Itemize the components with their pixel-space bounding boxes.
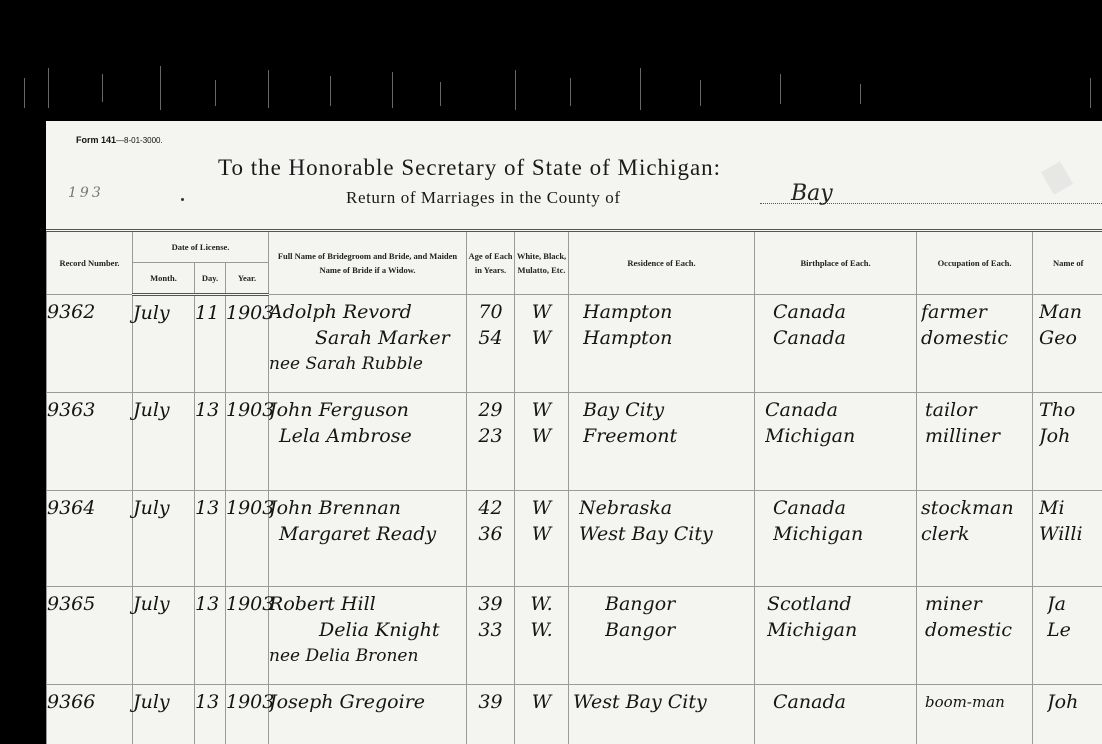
header-parents-name: Name of <box>1033 231 1102 295</box>
bride-name: Margaret Ready <box>269 521 466 547</box>
bride-parent: Le <box>1047 617 1102 643</box>
birthplace-cell: Canada Canada <box>755 295 917 393</box>
license-year: 1903 <box>226 295 269 393</box>
groom-parent: Joh <box>1047 689 1102 715</box>
bride-name: Delia Knight <box>269 617 466 643</box>
groom-race: W <box>515 495 568 521</box>
record-number: 9364 <box>47 491 133 587</box>
groom-race: W. <box>515 591 568 617</box>
bride-name: Lela Ambrose <box>269 423 466 449</box>
bride-race: W <box>515 325 568 351</box>
header-full-name: Full Name of Bridegroom and Bride, and M… <box>269 231 467 295</box>
header-age: Age of Each in Years. <box>467 231 515 295</box>
groom-age: 29 <box>467 397 514 423</box>
residence-cell: Bangor Bangor <box>569 587 755 685</box>
race-cell: W <box>515 685 569 744</box>
bride-residence: Hampton <box>583 325 754 351</box>
bride-race: W. <box>515 617 568 643</box>
license-month: July <box>133 393 195 491</box>
groom-parent: Mi <box>1039 495 1102 521</box>
groom-race: W <box>515 689 568 715</box>
occupation-cell: miner domestic <box>917 587 1033 685</box>
ages-cell: 29 23 <box>467 393 515 491</box>
names-cell: Joseph Gregoire <box>269 685 467 744</box>
birthplace-cell: Canada Michigan <box>755 393 917 491</box>
parents-cell: Man Geo <box>1033 295 1102 393</box>
marriage-return-form: Form 141—8-01-3000. 193 To the Honorable… <box>46 121 1102 744</box>
parents-cell: Mi Willi <box>1033 491 1102 587</box>
bride-residence: West Bay City <box>579 521 754 547</box>
groom-parent: Man <box>1039 299 1102 325</box>
groom-occupation: tailor <box>925 397 1032 423</box>
birthplace-cell: Canada Michigan <box>755 491 917 587</box>
groom-birthplace: Canada <box>773 689 916 715</box>
occupation-cell: boom-man <box>917 685 1033 744</box>
license-year: 1903 <box>226 685 269 744</box>
form-identifier: Form 141—8-01-3000. <box>76 135 163 145</box>
bride-parent: Joh <box>1039 423 1102 449</box>
race-cell: W W <box>515 393 569 491</box>
header-date-of-license: Date of License. <box>133 231 269 263</box>
groom-birthplace: Canada <box>765 397 916 423</box>
residence-cell: Bay City Freemont <box>569 393 755 491</box>
names-cell: Robert Hill Delia Knight nee Delia Brone… <box>269 587 467 685</box>
groom-race: W <box>515 299 568 325</box>
header-occupation: Occupation of Each. <box>917 231 1033 295</box>
bride-race: W <box>515 423 568 449</box>
bride-residence: Bangor <box>605 617 754 643</box>
groom-age: 42 <box>467 495 514 521</box>
header-residence: Residence of Each. <box>569 231 755 295</box>
bride-name: Sarah Marker <box>269 325 466 351</box>
residence-cell: Hampton Hampton <box>569 295 755 393</box>
record-number: 9366 <box>47 685 133 744</box>
bride-occupation: milliner <box>925 423 1032 449</box>
groom-residence: Bangor <box>605 591 754 617</box>
groom-parent: Ja <box>1047 591 1102 617</box>
license-year: 1903 <box>226 491 269 587</box>
record-number: 9363 <box>47 393 133 491</box>
header-birthplace: Birthplace of Each. <box>755 231 917 295</box>
page-number: 193 <box>68 185 104 201</box>
table-row: 9363 July 13 1903 John Ferguson Lela Amb… <box>47 393 1102 491</box>
race-cell: W. W. <box>515 587 569 685</box>
bride-parent: Willi <box>1039 521 1102 547</box>
bride-birthplace: Michigan <box>773 521 916 547</box>
race-cell: W W <box>515 491 569 587</box>
groom-age: 70 <box>467 299 514 325</box>
header-day: Day. <box>195 263 226 295</box>
bride-maiden-name: nee Sarah Rubble <box>269 351 466 377</box>
groom-parent: Tho <box>1039 397 1102 423</box>
groom-occupation: miner <box>925 591 1032 617</box>
ages-cell: 39 <box>467 685 515 744</box>
groom-name: Joseph Gregoire <box>269 689 466 715</box>
table-row: 9365 July 13 1903 Robert Hill Delia Knig… <box>47 587 1102 685</box>
occupation-cell: tailor milliner <box>917 393 1033 491</box>
bride-birthplace: Michigan <box>765 423 916 449</box>
bride-age: 23 <box>467 423 514 449</box>
groom-name: John Brennan <box>269 495 466 521</box>
groom-name: Robert Hill <box>269 591 466 617</box>
license-month: July <box>133 295 195 393</box>
ink-smudge <box>1041 161 1073 195</box>
groom-occupation: stockman <box>921 495 1032 521</box>
ages-cell: 42 36 <box>467 491 515 587</box>
marriage-register-table: Record Number. Date of License. Full Nam… <box>46 229 1102 744</box>
names-cell: John Brennan Margaret Ready <box>269 491 467 587</box>
groom-residence: Bay City <box>583 397 754 423</box>
table-row: 9362 July 11 1903 Adolph Revord Sarah Ma… <box>47 295 1102 393</box>
table-row: 9366 July 13 1903 Joseph Gregoire 39 W W… <box>47 685 1102 744</box>
bride-occupation: domestic <box>925 617 1032 643</box>
ages-cell: 70 54 <box>467 295 515 393</box>
names-cell: John Ferguson Lela Ambrose <box>269 393 467 491</box>
occupation-cell: stockman clerk <box>917 491 1033 587</box>
license-year: 1903 <box>226 587 269 685</box>
license-day: 11 <box>195 295 226 393</box>
groom-age: 39 <box>467 591 514 617</box>
table-row: 9364 July 13 1903 John Brennan Margaret … <box>47 491 1102 587</box>
groom-residence: Nebraska <box>579 495 754 521</box>
form-title: To the Honorable Secretary of State of M… <box>218 155 721 181</box>
groom-race: W <box>515 397 568 423</box>
bride-birthplace: Canada <box>773 325 916 351</box>
license-day: 13 <box>195 685 226 744</box>
birthplace-cell: Scotland Michigan <box>755 587 917 685</box>
county-name: Bay <box>791 181 833 206</box>
scan-border-top <box>0 60 1102 122</box>
form-subtitle: Return of Marriages in the County of <box>346 188 621 208</box>
bride-race: W <box>515 521 568 547</box>
record-number: 9365 <box>47 587 133 685</box>
header-year: Year. <box>226 263 269 295</box>
groom-name: John Ferguson <box>269 397 466 423</box>
ink-dot <box>181 198 184 201</box>
groom-name: Adolph Revord <box>269 299 466 325</box>
license-month: July <box>133 587 195 685</box>
header-race: White, Black, Mulatto, Etc. <box>515 231 569 295</box>
names-cell: Adolph Revord Sarah Marker nee Sarah Rub… <box>269 295 467 393</box>
occupation-cell: farmer domestic <box>917 295 1033 393</box>
bride-occupation: clerk <box>921 521 1032 547</box>
license-month: July <box>133 491 195 587</box>
bride-birthplace: Michigan <box>767 617 916 643</box>
license-year: 1903 <box>226 393 269 491</box>
bride-parent: Geo <box>1039 325 1102 351</box>
header-record-number: Record Number. <box>47 231 133 295</box>
parents-cell: Ja Le <box>1033 587 1102 685</box>
groom-birthplace: Canada <box>773 495 916 521</box>
bride-maiden-name: nee Delia Bronen <box>269 643 466 669</box>
groom-age: 39 <box>467 689 514 715</box>
bride-occupation: domestic <box>921 325 1032 351</box>
license-day: 13 <box>195 393 226 491</box>
bride-age: 33 <box>467 617 514 643</box>
groom-residence: West Bay City <box>573 689 754 715</box>
license-month: July <box>133 685 195 744</box>
parents-cell: Joh <box>1033 685 1102 744</box>
record-number: 9362 <box>47 295 133 393</box>
license-day: 13 <box>195 491 226 587</box>
residence-cell: Nebraska West Bay City <box>569 491 755 587</box>
bride-age: 36 <box>467 521 514 547</box>
license-day: 13 <box>195 587 226 685</box>
groom-birthplace: Canada <box>773 299 916 325</box>
ages-cell: 39 33 <box>467 587 515 685</box>
bride-residence: Freemont <box>583 423 754 449</box>
header-month: Month. <box>133 263 195 295</box>
race-cell: W W <box>515 295 569 393</box>
bride-age: 54 <box>467 325 514 351</box>
parents-cell: Tho Joh <box>1033 393 1102 491</box>
groom-occupation: farmer <box>921 299 1032 325</box>
groom-birthplace: Scotland <box>767 591 916 617</box>
groom-residence: Hampton <box>583 299 754 325</box>
residence-cell: West Bay City <box>569 685 755 744</box>
groom-occupation: boom-man <box>925 689 1032 715</box>
birthplace-cell: Canada <box>755 685 917 744</box>
